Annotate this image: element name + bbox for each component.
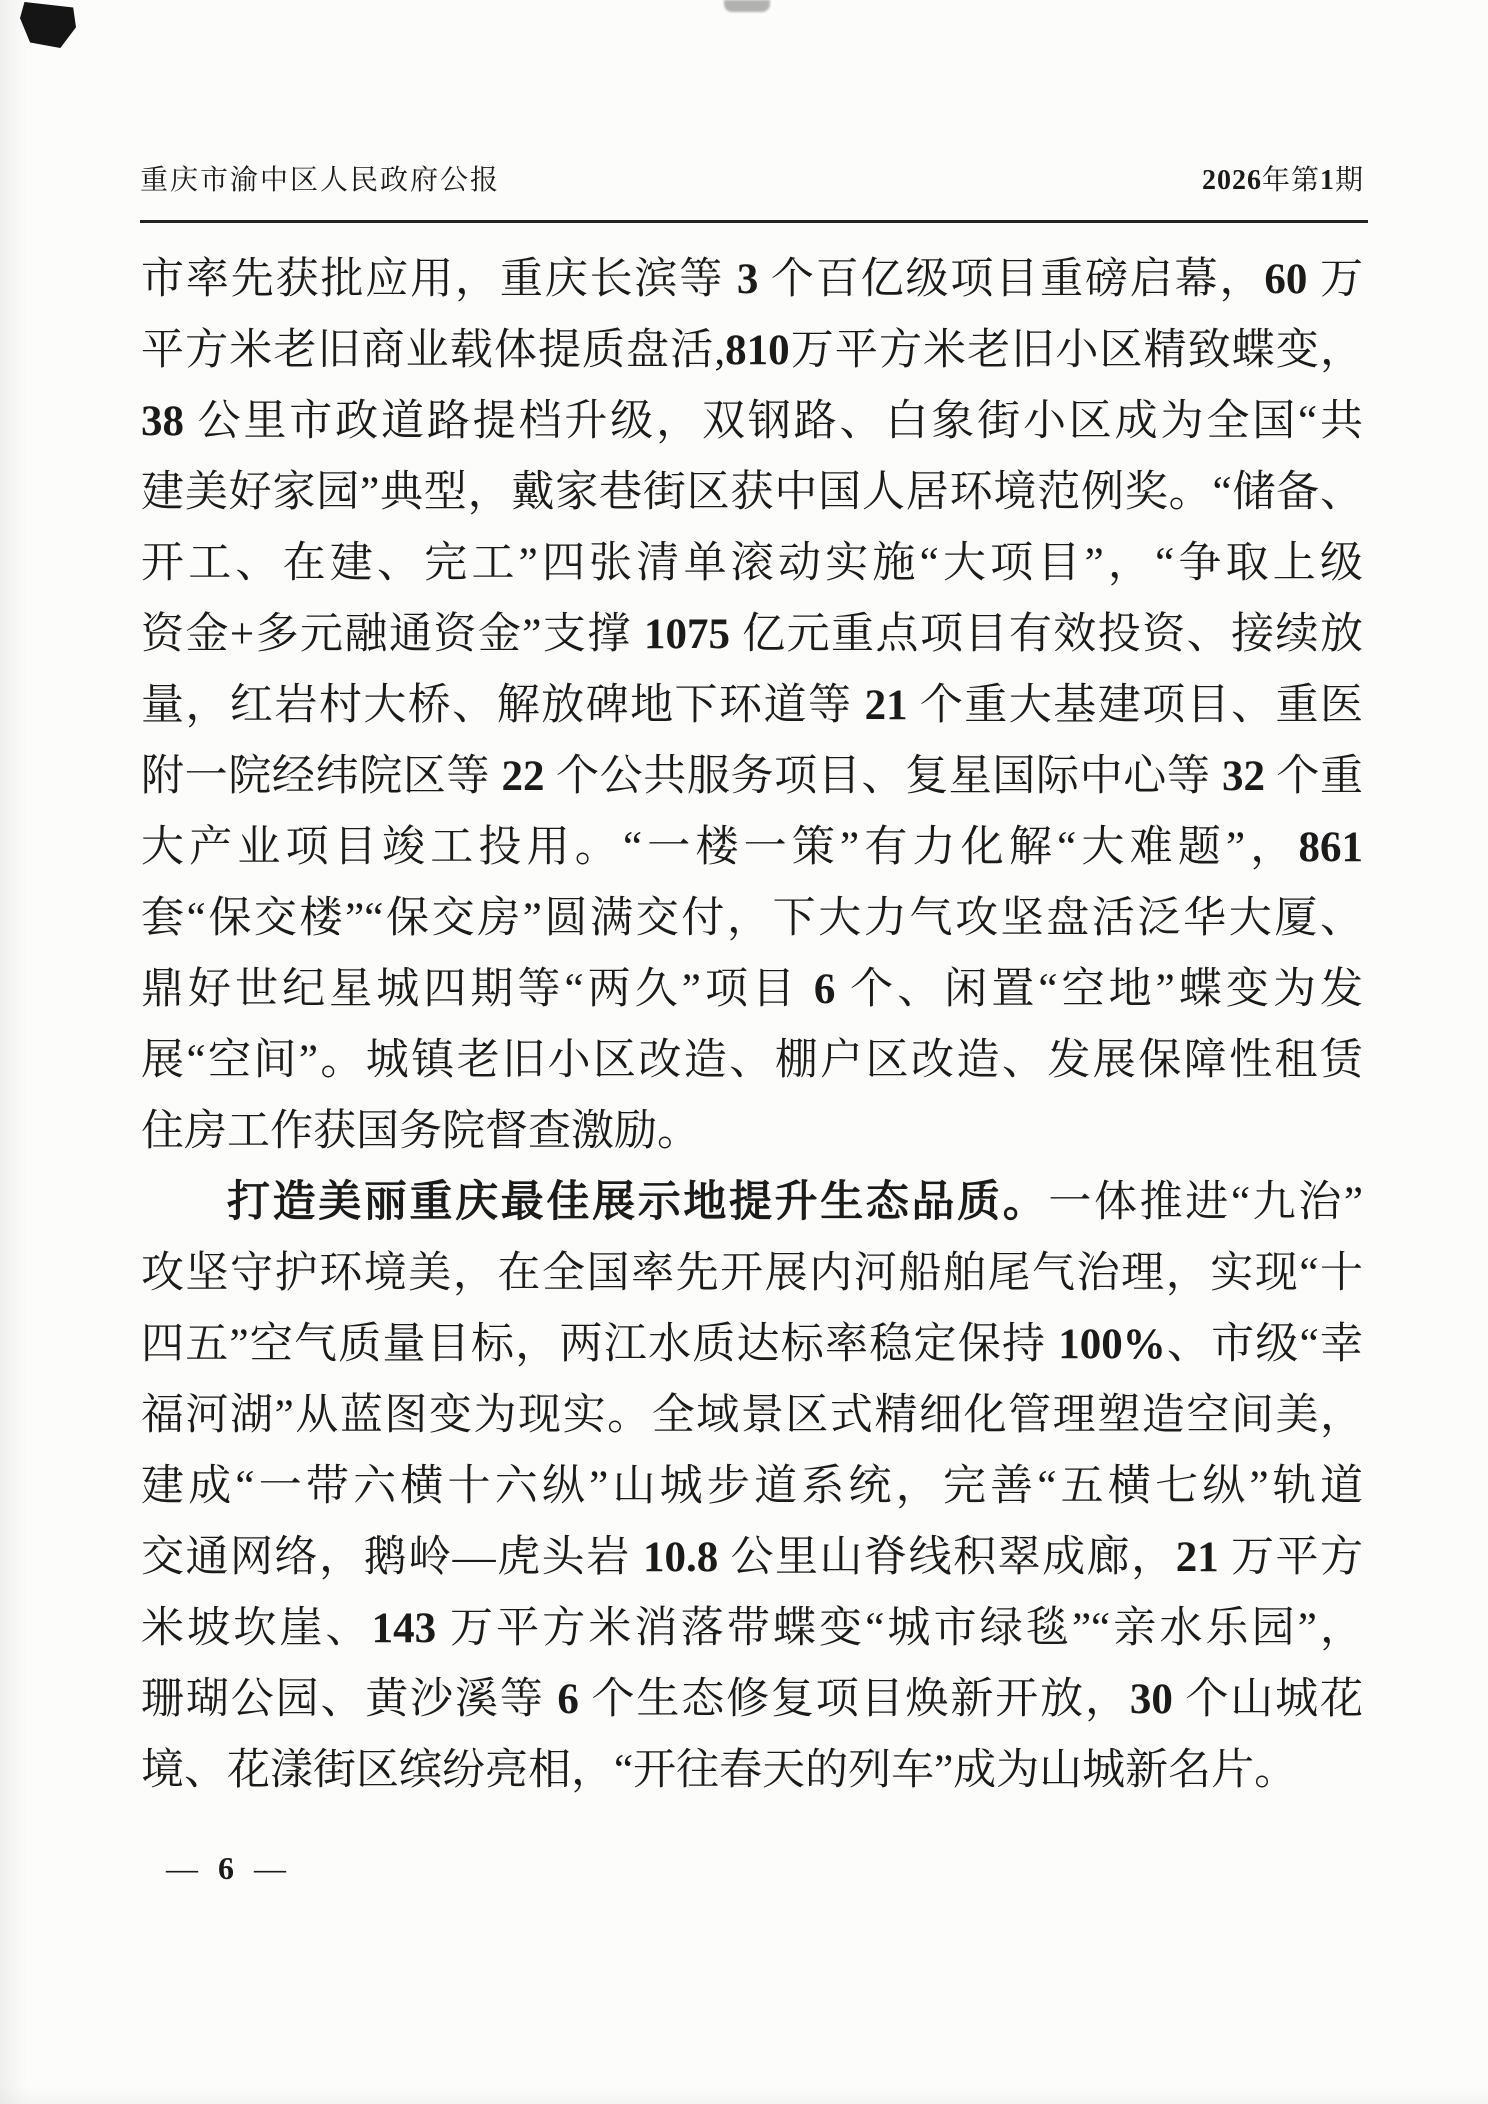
body-line: 量，红岩村大桥、解放碑地下环道等 21 个重大基建项目、重医 [141, 670, 1363, 741]
body-line: 38 公里市政道路提档升级，双钢路、白象街小区成为全国“共 [141, 386, 1363, 457]
body-line: 鼎好世纪星城四期等“两久”项目 6 个、闲置“空地”蝶变为发 [141, 954, 1363, 1025]
body-line: 展“空间”。城镇老旧小区改造、棚户区改造、发展保障性租赁 [141, 1025, 1363, 1096]
body-line: 米坡坎崖、143 万平方米消落带蝶变“城市绿毯”“亲水乐园”， [141, 1593, 1363, 1664]
body-line: 珊瑚公园、黄沙溪等 6 个生态修复项目焕新开放，30 个山城花 [141, 1664, 1363, 1735]
body-line: 市率先获批应用，重庆长滨等 3 个百亿级项目重磅启幕，60 万 [141, 244, 1363, 315]
scan-smudge-artifact [724, 0, 770, 12]
body-text: 市率先获批应用，重庆长滨等 3 个百亿级项目重磅启幕，60 万 平方米老旧商业载… [141, 244, 1363, 1806]
body-line: 住房工作获国务院督查激励。 [141, 1096, 1363, 1167]
paragraph-lead-bold: 打造美丽重庆最佳展示地提升生态品质。 [227, 1179, 1048, 1226]
paragraph-2: 打造美丽重庆最佳展示地提升生态品质。一体推进“九治” 攻坚守护环境美，在全国率先… [141, 1167, 1363, 1806]
body-line: 四五”空气质量目标，两江水质达标率稳定保持 100%、市级“幸 [141, 1309, 1363, 1380]
issue-number: 2026年第1期 [1202, 158, 1364, 198]
body-line: 附一院经纬院区等 22 个公共服务项目、复星国际中心等 32 个重 [141, 741, 1363, 812]
body-line: 平方米老旧商业载体提质盘活,810万平方米老旧小区精致蝶变， [141, 315, 1363, 386]
body-line: 套“保交楼”“保交房”圆满交付，下大力气攻坚盘活泛华大厦、 [141, 883, 1363, 954]
body-line: 福河湖”从蓝图变为现实。全域景区式精细化管理塑造空间美， [141, 1380, 1363, 1451]
scan-corner-artifact [20, 2, 76, 48]
body-line: 建美好家园”典型，戴家巷街区获中国人居环境范例奖。“储备、 [141, 457, 1363, 528]
body-line: 攻坚守护环境美，在全国率先开展内河船舶尾气治理，实现“十 [141, 1238, 1363, 1309]
paragraph-1: 市率先获批应用，重庆长滨等 3 个百亿级项目重磅启幕，60 万 平方米老旧商业载… [141, 244, 1363, 1167]
body-line: 资金+多元融通资金”支撑 1075 亿元重点项目有效投资、接续放 [141, 599, 1363, 670]
body-line: 建成“一带六横十六纵”山城步道系统，完善“五横七纵”轨道 [141, 1451, 1363, 1522]
body-line: 交通网络，鹅岭—虎头岩 10.8 公里山脊线积翠成廊，21 万平方 [141, 1522, 1363, 1593]
gazette-title: 重庆市渝中区人民政府公报 [140, 158, 500, 198]
page-number: — 6 — [166, 1850, 292, 1887]
gazette-page: 重庆市渝中区人民政府公报 2026年第1期 市率先获批应用，重庆长滨等 3 个百… [0, 0, 1488, 2104]
body-line: 打造美丽重庆最佳展示地提升生态品质。一体推进“九治” [141, 1167, 1363, 1238]
header-rule [140, 220, 1368, 223]
body-line: 境、花漾街区缤纷亮相，“开往春天的列车”成为山城新名片。 [141, 1735, 1363, 1806]
paragraph-lead-rest: 一体推进“九治” [1048, 1179, 1363, 1226]
body-line: 大产业项目竣工投用。“一楼一策”有力化解“大难题”，861 [141, 812, 1363, 883]
body-line: 开工、在建、完工”四张清单滚动实施“大项目”，“争取上级 [141, 528, 1363, 599]
page-header: 重庆市渝中区人民政府公报 2026年第1期 [140, 158, 1364, 198]
